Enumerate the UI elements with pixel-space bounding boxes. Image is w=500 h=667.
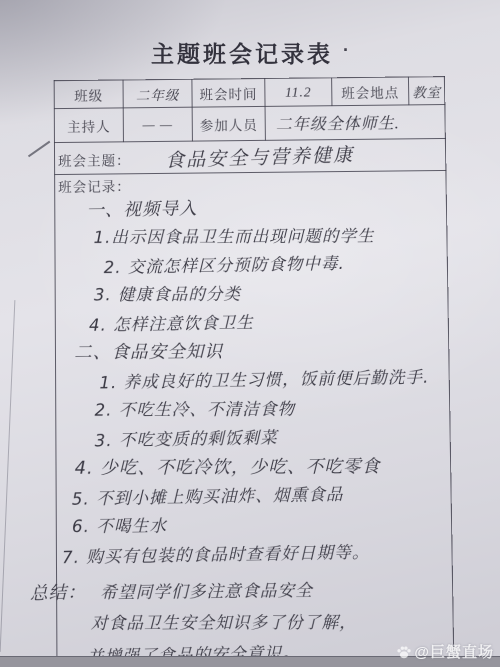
record-line: 6. 不喝生水	[72, 510, 448, 541]
theme-label: 班会主题：	[58, 153, 131, 169]
record-line: 1. 养成良好的卫生习惯，饭前便后勤洗手.	[99, 363, 446, 398]
form-table-sheet: 班级 二年级 班会时间 11.2 班会地点 教室 主持人 — — 参加人员 二年…	[54, 76, 455, 667]
record-line: 1.出示因食品卫生而出现问题的学生	[94, 222, 444, 252]
watermark-handle: @巨蟹直场	[414, 641, 494, 662]
record-line: 一、视频导入	[86, 191, 443, 226]
table-row: 主持人 — — 参加人员 二年级全体师生.	[54, 105, 445, 143]
theme-value: 食品安全与营养健康	[164, 140, 354, 173]
table-row: 班会记录： 一、视频导入 1.出示因食品卫生而出现问题的学生 2. 交流怎样区分…	[55, 170, 454, 667]
host-value: — —	[123, 107, 192, 142]
meeting-place-label: 班会地点	[332, 77, 409, 106]
summary-label: 总结：	[29, 577, 86, 609]
paper-edge-shadow	[0, 300, 15, 652]
record-line: 二、食品安全知识	[74, 336, 445, 367]
participants-value: 二年级全体师生.	[265, 105, 445, 141]
watermark: @巨蟹直场	[396, 641, 494, 662]
record-line: 4. 少吃、不吃冷饮，少吃、不吃零食	[75, 452, 448, 483]
summary-block: 总结：希望同学们多注意食品安全 对食品卫生安全知识多了份了解， 并增强了食品的安…	[60, 574, 450, 667]
summary-line: 希望同学们多注意食品安全	[100, 575, 313, 608]
record-line: 2. 不吃生冷、不清洁食物	[95, 394, 447, 425]
title-dot-mark: ·	[343, 40, 349, 60]
summary-line: 对食品卫生安全知识多了份了解，	[91, 607, 450, 639]
record-body: 一、视频导入 1.出示因食品卫生而出现问题的学生 2. 交流怎样区分预防食物中毒…	[58, 192, 449, 571]
meeting-time-value: 11.2	[265, 78, 332, 107]
baidu-paw-icon	[396, 644, 412, 660]
record-line: 2. 交流怎样区分预防食物中毒.	[104, 248, 445, 283]
pen-stray-mark	[28, 141, 50, 157]
record-form-table: 班级 二年级 班会时间 11.2 班会地点 教室 主持人 — — 参加人员 二年…	[54, 76, 455, 667]
record-line: 3. 健康食品的分类	[94, 279, 445, 310]
record-line: 5. 不到小摊上购买油炸、烟熏食品	[72, 479, 448, 515]
summary-first-line: 总结：希望同学们多注意食品安全	[60, 574, 449, 610]
meeting-place-value: 教室	[408, 77, 444, 105]
title-row: 主题班会记录表·	[0, 36, 500, 69]
class-value: 二年级	[123, 79, 192, 108]
photographed-form: 主题班会记录表· 班级 二年级 班会时间 11.2 班会地点 教室 主持人 — …	[0, 0, 500, 667]
record-line: 4. 怎样注意饮食卫生	[89, 305, 445, 340]
page-title: 主题班会记录表	[151, 42, 333, 67]
meeting-time-label: 班会时间	[192, 79, 265, 108]
table-row: 班级 二年级 班会时间 11.2 班会地点 教室	[54, 77, 445, 109]
record-cell: 班会记录： 一、视频导入 1.出示因食品卫生而出现问题的学生 2. 交流怎样区分…	[55, 170, 454, 667]
theme-row: 班会主题：食品安全与营养健康	[54, 138, 445, 174]
table-row: 班会主题：食品安全与营养健康	[54, 138, 445, 174]
record-line: 7. 购买有包装的食品时查看好日期等。	[62, 537, 449, 573]
host-label: 主持人	[54, 108, 123, 143]
class-label: 班级	[54, 80, 123, 109]
record-line: 3. 不吃变质的剩饭剩菜	[95, 421, 447, 456]
participants-label: 参加人员	[192, 106, 265, 141]
